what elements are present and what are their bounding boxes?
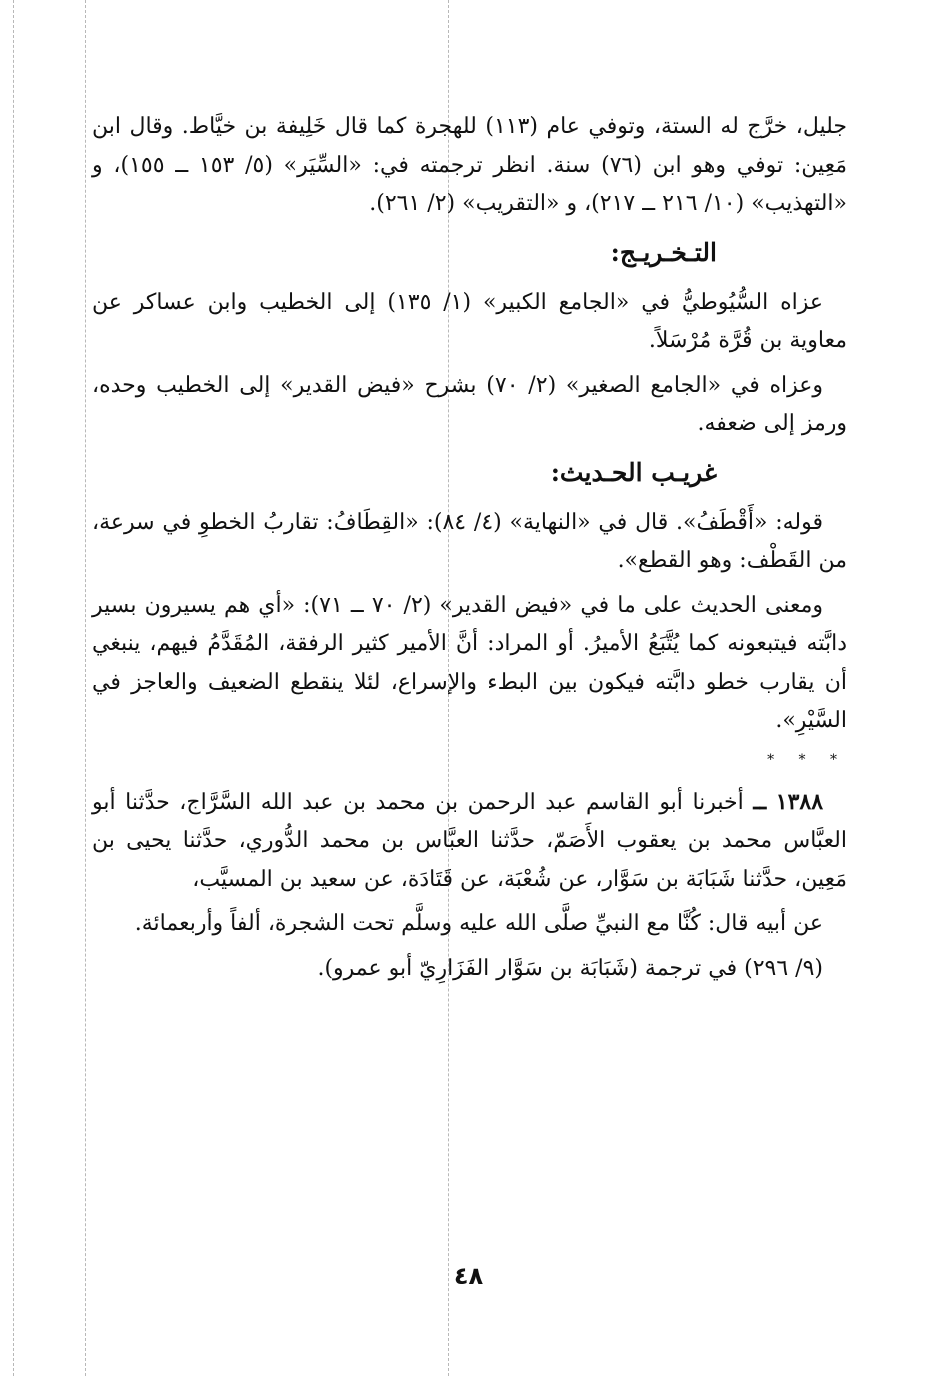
paragraph: قوله: «أَقْطَفُ». قال في «النهاية» (٤/ ٨… <box>92 504 847 581</box>
section-separator: * * * <box>92 747 847 773</box>
scan-guide-line-left-inner <box>85 0 86 1376</box>
section-takhrij: التـخـريـج: عزاه السُّيُوطيُّ في «الجامع… <box>92 234 847 444</box>
hadith-number-dash: ــ <box>753 789 766 815</box>
scan-guide-line-left <box>13 0 14 1376</box>
hadith-entry: ١٣٨٨ ــ أخبرنا أبو القاسم عبد الرحمن بن … <box>92 783 847 989</box>
paragraph: وعزاه في «الجامع الصغير» (٢/ ٧٠) بشرح «ف… <box>92 367 847 444</box>
hadith-reference: (٩/ ٢٩٦) في ترجمة (شَبَابَة بن سَوَّار ا… <box>92 950 847 989</box>
section-heading-takhrij: التـخـريـج: <box>92 234 717 272</box>
hadith-number: ١٣٨٨ <box>776 789 823 815</box>
hadith-matn: عن أبيه قال: كُنَّا مع النبيِّ صلَّى الل… <box>92 905 847 944</box>
hadith-isnad: أخبرنا أبو القاسم عبد الرحمن بن محمد بن … <box>92 790 847 892</box>
page-number: ٤٨ <box>0 1262 937 1290</box>
section-gharib-al-hadith: غريـب الحـديث: قوله: «أَقْطَفُ». قال في … <box>92 454 847 741</box>
book-page: جليل، خرَّج له الستة، وتوفي عام (١١٣) لل… <box>92 108 847 994</box>
section-heading-gharib: غريـب الحـديث: <box>92 454 717 492</box>
hadith-isnad-paragraph: ١٣٨٨ ــ أخبرنا أبو القاسم عبد الرحمن بن … <box>92 783 847 900</box>
paragraph: عزاه السُّيُوطيُّ في «الجامع الكبير» (١/… <box>92 284 847 361</box>
top-paragraph: جليل، خرَّج له الستة، وتوفي عام (١١٣) لل… <box>92 108 847 224</box>
paragraph: ومعنى الحديث على ما في «فيض القدير» (٢/ … <box>92 587 847 741</box>
